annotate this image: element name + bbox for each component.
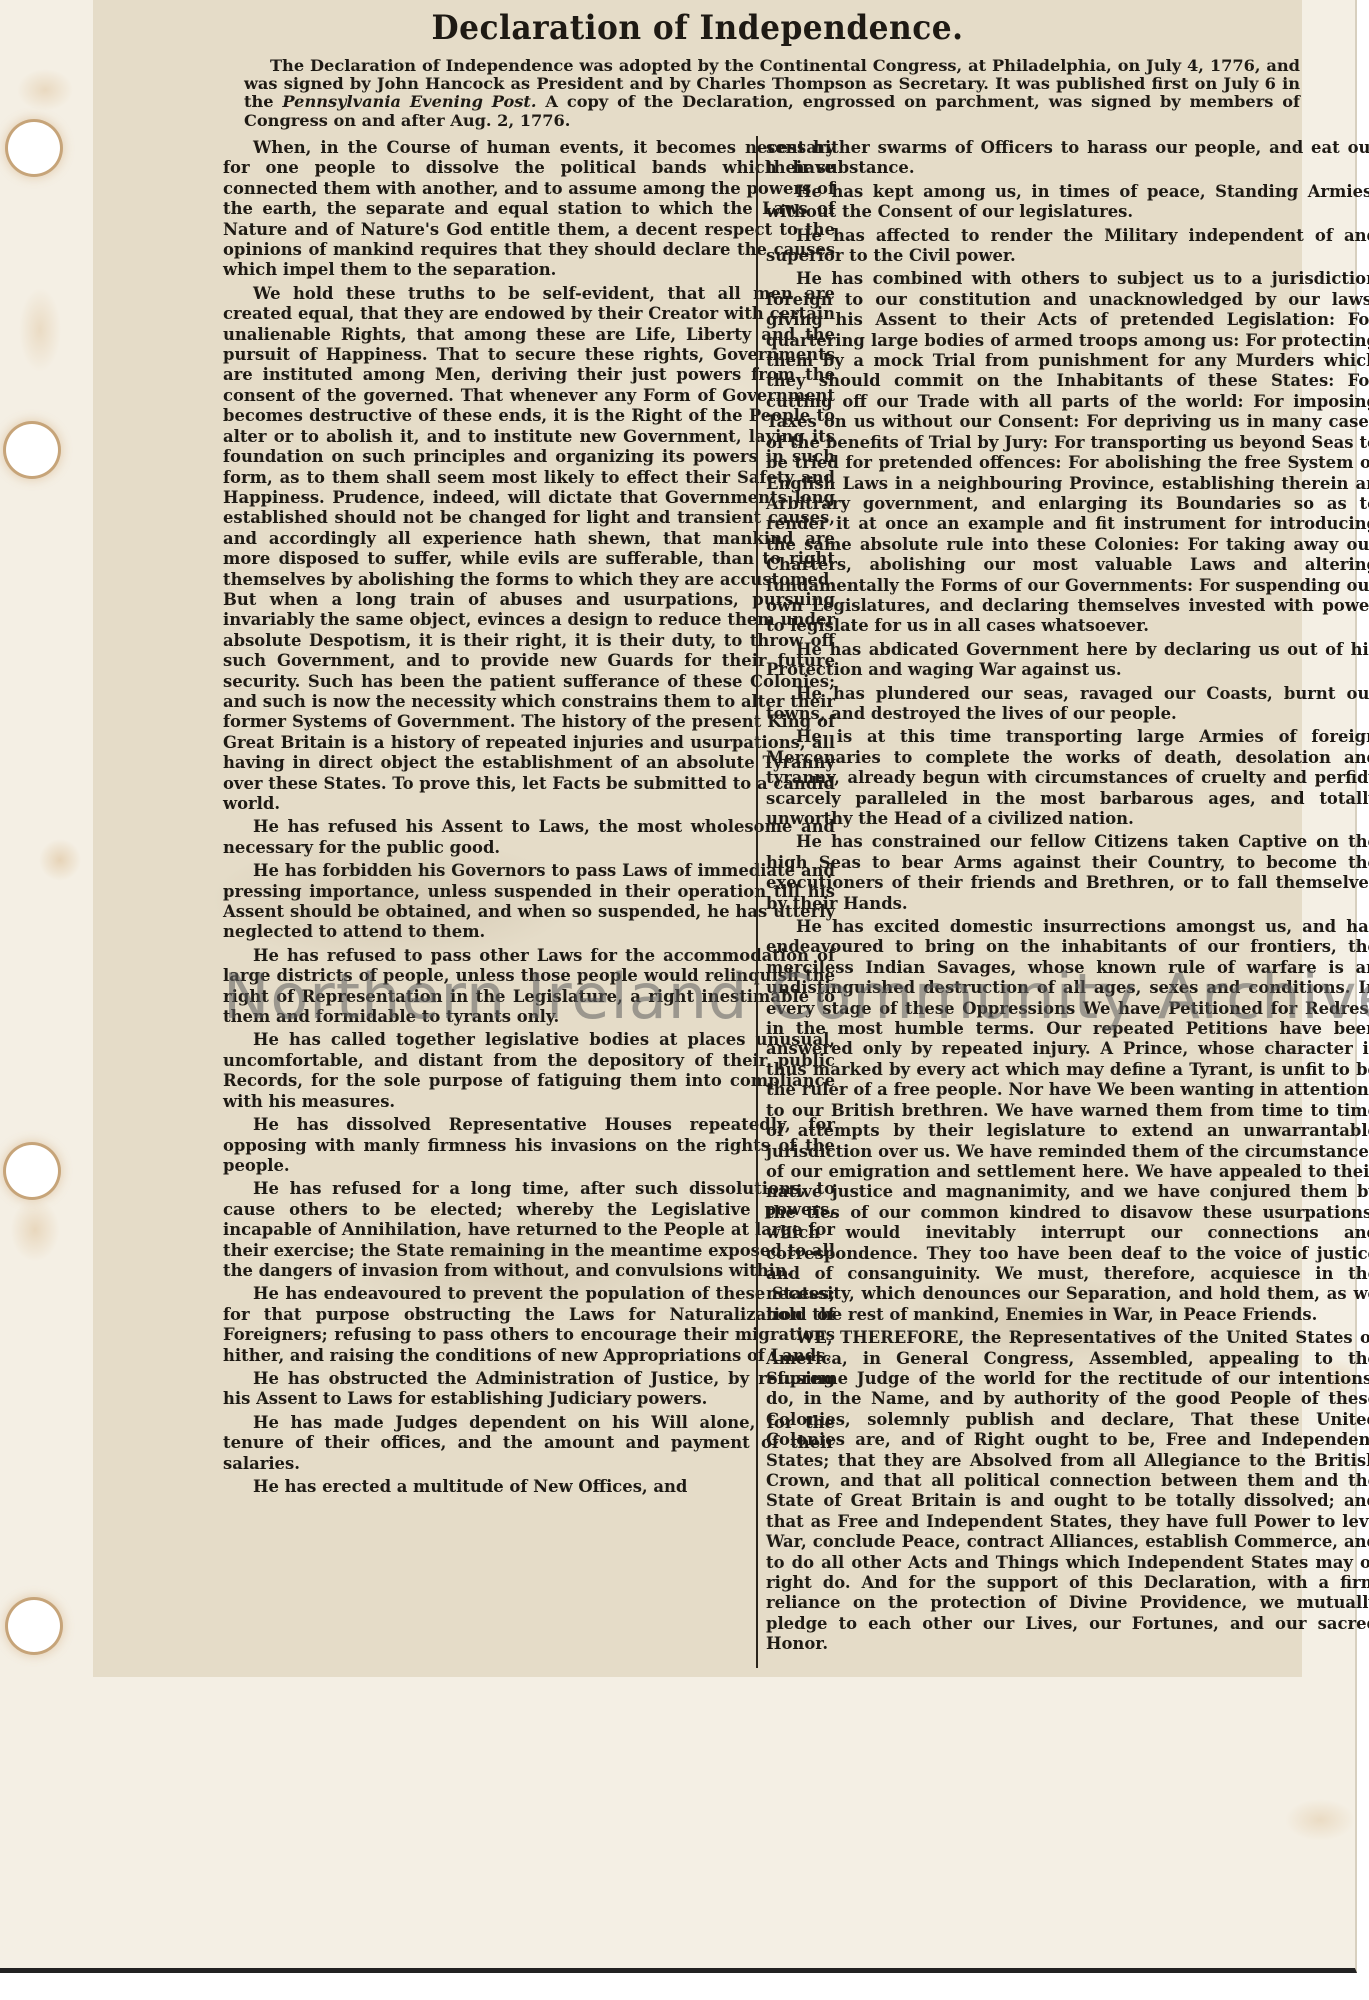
punch-hole (6, 1145, 58, 1197)
paragraph: He has obstructed the Administration of … (223, 1369, 835, 1410)
paragraph: He has refused to pass other Laws for th… (223, 946, 835, 1028)
punch-hole (6, 424, 58, 476)
paragraph: He is at this time transporting large Ar… (766, 727, 1369, 829)
paragraph: He has called together legislative bodie… (223, 1030, 835, 1112)
paragraph: He has kept among us, in times of peace,… (766, 182, 1369, 223)
paragraph: He has erected a multitude of New Office… (223, 1477, 835, 1497)
paragraph: He has abdicated Government here by decl… (766, 640, 1369, 681)
intro-paragraph: The Declaration of Independence was adop… (244, 57, 1300, 130)
paragraph: WE, THEREFORE, the Representatives of th… (766, 1328, 1369, 1655)
paragraph: He has endeavoured to prevent the popula… (223, 1284, 835, 1366)
paragraph: We hold these truths to be self-evident,… (223, 284, 835, 815)
newspaper-clipping: Declaration of Independence. The Declara… (93, 0, 1302, 1677)
paragraph: He has combined with others to subject u… (766, 269, 1369, 636)
paragraph: He has excited domestic insurrections am… (766, 917, 1369, 1325)
column-divider (756, 136, 758, 1668)
paragraph: When, in the Course of human events, it … (223, 138, 835, 281)
paragraph: He has dissolved Representative Houses r… (223, 1115, 835, 1176)
paragraph-continuation: sent hither swarms of Officers to harass… (766, 138, 1369, 179)
punch-hole (8, 1600, 60, 1652)
document-title: Declaration of Independence. (141, 8, 1253, 48)
intro-publication-name: Pennsylvania Evening Post. (282, 92, 536, 111)
left-column: When, in the Course of human events, it … (223, 138, 835, 1500)
paragraph: He has constrained our fellow Citizens t… (766, 832, 1369, 914)
paragraph: He has made Judges dependent on his Will… (223, 1413, 835, 1474)
paragraph: He has plundered our seas, ravaged our C… (766, 684, 1369, 725)
paragraph: He has refused for a long time, after su… (223, 1179, 835, 1281)
paragraph: He has affected to render the Military i… (766, 226, 1369, 267)
right-column: sent hither swarms of Officers to harass… (766, 138, 1369, 1658)
punch-hole (8, 122, 60, 174)
paragraph: He has forbidden his Governors to pass L… (223, 861, 835, 943)
paragraph: He has refused his Assent to Laws, the m… (223, 817, 835, 858)
